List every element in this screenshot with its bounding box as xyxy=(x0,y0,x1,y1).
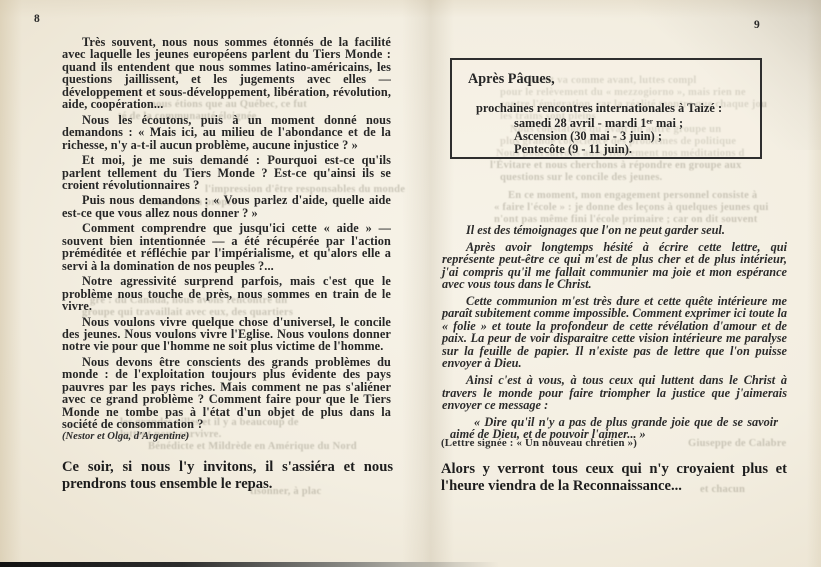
paragraph: Cette communion m'est très dure et cette… xyxy=(442,295,787,370)
paragraph: Nous les écoutons, puis à un moment donn… xyxy=(62,114,391,151)
bleedthrough-text: Bénédicte et Mildrède en Amérique du Nor… xyxy=(148,441,357,452)
attribution-argentine: (Nestor et Olga, d'Argentine) xyxy=(62,431,189,442)
paragraph: Très souvent, nous nous sommes étonnés d… xyxy=(62,36,391,111)
schedule-line: Pentecôte (9 - 11 juin). xyxy=(514,143,750,156)
page-right-body: Il est des témoignages que l'on ne peut … xyxy=(442,224,787,445)
page-left-body: Très souvent, nous nous sommes étonnés d… xyxy=(62,36,391,434)
bleedthrough-text: « faire l'école » : je donne des leçons … xyxy=(494,202,769,213)
page-number-left: 8 xyxy=(34,13,40,25)
paragraph: Il est des témoignages que l'on ne peut … xyxy=(442,224,787,237)
paragraph: Nous devons être conscients des grands p… xyxy=(62,356,391,431)
paragraph: Après avoir longtemps hésité à écrire ce… xyxy=(442,241,787,291)
notice-title: Après Pâques, xyxy=(468,71,750,88)
closing-statement-right: Alors y verront tous ceux qui n'y croyai… xyxy=(441,461,787,495)
paragraph: Nous voulons vivre quelque chose d'unive… xyxy=(62,316,391,353)
bleedthrough-text: l'Évitare et nous cherchons à répondre e… xyxy=(490,160,742,171)
scan-edge-shadow xyxy=(0,562,520,567)
paragraph: Notre agressivité surprend parfois, mais… xyxy=(62,275,391,312)
paragraph: Comment comprendre que jusqu'ici cette «… xyxy=(62,222,391,272)
paragraph: Et moi, je me suis demandé : Pourquoi es… xyxy=(62,154,391,191)
notice-intro: prochaines rencontres internationales à … xyxy=(476,101,750,116)
notice-box: Après Pâques, prochaines rencontres inte… xyxy=(450,58,762,159)
bleedthrough-text: questions sur le concile des jeunes. xyxy=(500,172,662,183)
page-number-right: 9 xyxy=(754,19,760,31)
paragraph: Ainsi c'est à vous, à tous ceux qui lutt… xyxy=(442,374,787,412)
bleedthrough-text: En ce moment, mon engagement personnel c… xyxy=(508,190,757,201)
book-scan-spread: nous étions que au Québec, ce futté de l… xyxy=(0,0,821,567)
notice-schedule: samedi 28 avril - mardi 1ᵉʳ mai ; Ascens… xyxy=(514,117,750,157)
closing-statement-left: Ce soir, si nous l'y invitons, il s'assi… xyxy=(62,459,393,493)
paragraph: Puis nous demandons : « Vous parlez d'ai… xyxy=(62,194,391,219)
letter-signature: (Lettre signée : « Un nouveau chrétien »… xyxy=(441,437,637,449)
